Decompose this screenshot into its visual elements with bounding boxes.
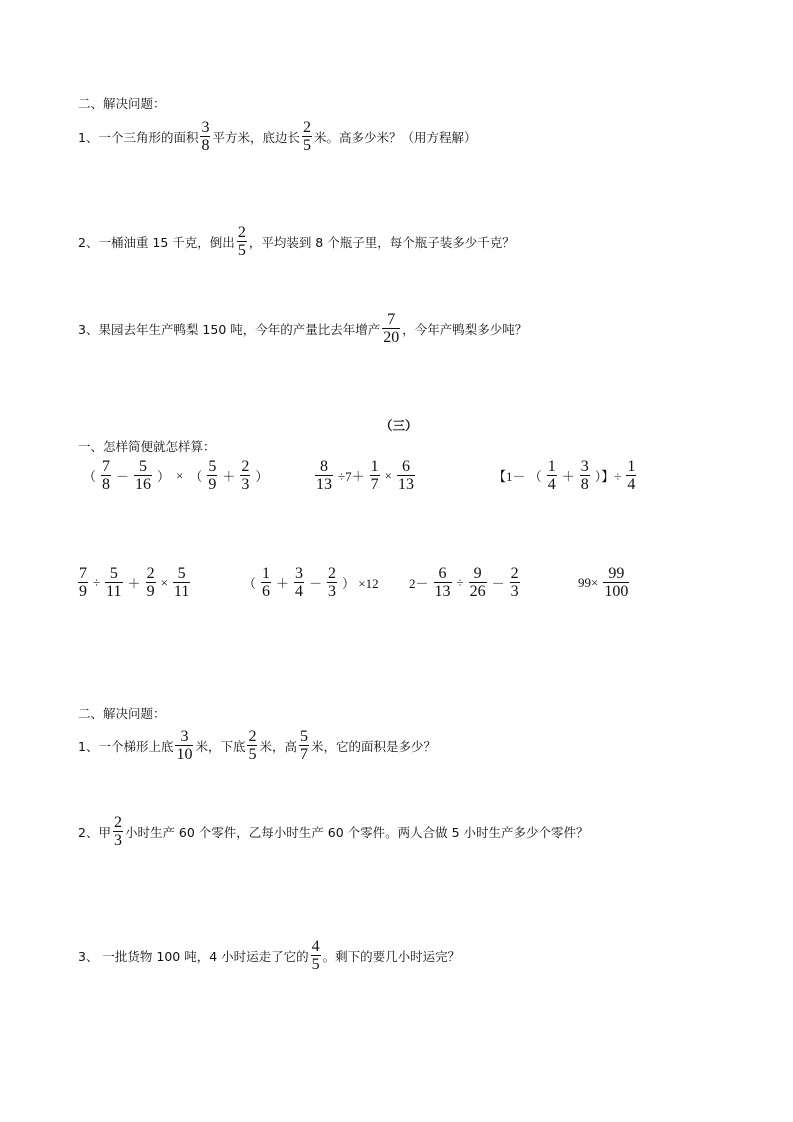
- problem-text: 平方米，底边长: [212, 128, 300, 146]
- section-heading: 一、怎样简便就怎样算：: [78, 437, 216, 455]
- numerator: 2: [327, 565, 337, 582]
- problem-text: ，平均装到 8 个瓶子里，每个瓶子装多少千克？: [249, 233, 515, 251]
- numerator: 4: [311, 938, 321, 955]
- numerator: 3: [294, 565, 304, 582]
- paren: （: [83, 466, 96, 485]
- problem-text: 小时生产 60 个零件，乙每小时生产 60 个零件。两人合做 5 小时生产多少个…: [125, 823, 589, 841]
- fraction: 720: [382, 311, 400, 346]
- denominator: 7: [299, 745, 309, 763]
- section-heading: 二、解决问题：: [78, 704, 166, 722]
- denominator: 16: [134, 475, 152, 493]
- fraction: 34: [294, 565, 304, 600]
- denominator: 13: [434, 582, 452, 600]
- numerator: 2: [247, 728, 257, 745]
- fraction: 59: [207, 458, 217, 493]
- denominator: 3: [327, 582, 337, 600]
- problem-text: 1、一个梯形上底: [78, 737, 173, 755]
- problem-2: 2、甲 23 小时生产 60 个零件，乙每小时生产 60 个零件。两人合做 5 …: [78, 814, 589, 849]
- fraction: 23: [510, 565, 520, 600]
- numerator: 3: [580, 458, 590, 475]
- problem-text: 米，它的面积是多少？: [311, 737, 436, 755]
- expression-2: 813 ÷7＋ 17 × 613: [313, 458, 417, 493]
- fraction: 25: [302, 119, 312, 154]
- problem-text: 1、一个三角形的面积: [78, 128, 198, 146]
- fraction: 29: [146, 565, 156, 600]
- numerator: 2: [240, 458, 250, 475]
- denominator: 9: [146, 582, 156, 600]
- numerator: 5: [109, 565, 119, 582]
- fraction: 23: [327, 565, 337, 600]
- operator: ×: [176, 468, 183, 484]
- problem-1: 1、一个梯形上底 310 米，下底 25 米，高 57 米，它的面积是多少？: [78, 728, 436, 763]
- fraction: 99100: [603, 565, 629, 600]
- denominator: 7: [370, 475, 380, 493]
- operator: －: [309, 573, 322, 592]
- denominator: 4: [626, 475, 636, 493]
- denominator: 13: [397, 475, 415, 493]
- fraction: 613: [397, 458, 415, 493]
- denominator: 13: [315, 475, 333, 493]
- paren: ）: [157, 466, 170, 485]
- numerator: 5: [299, 728, 309, 745]
- denominator: 4: [547, 475, 557, 493]
- problem-text: 3、果园去年生产鸭梨 150 吨，今年的产量比去年增产: [78, 320, 380, 338]
- problem-3: 3、果园去年生产鸭梨 150 吨，今年的产量比去年增产 720 ，今年产鸭梨多少…: [78, 311, 527, 346]
- numerator: 99: [607, 565, 625, 582]
- operator: －: [116, 466, 129, 485]
- fraction: 926: [469, 565, 487, 600]
- problem-text: 米。高多少米？（用方程解）: [314, 128, 477, 146]
- fraction: 17: [370, 458, 380, 493]
- denominator: 5: [311, 955, 321, 973]
- fraction: 511: [105, 565, 122, 600]
- numerator: 2: [510, 565, 520, 582]
- numerator: 1: [370, 458, 380, 475]
- operator: ） ×12: [342, 573, 379, 592]
- fraction: 38: [580, 458, 590, 493]
- expression-4: 79 ÷ 511 ＋ 29 × 511: [76, 565, 192, 600]
- operator: ＋: [222, 466, 235, 485]
- problem-text: 米，高: [259, 737, 297, 755]
- numerator: 5: [207, 458, 217, 475]
- problem-1: 1、一个三角形的面积 38 平方米，底边长 25 米。高多少米？（用方程解）: [78, 119, 477, 154]
- denominator: 5: [237, 241, 247, 259]
- fraction: 25: [247, 728, 257, 763]
- numerator: 1: [547, 458, 557, 475]
- problem-text: 。剩下的要几小时运完？: [323, 947, 461, 965]
- fraction: 14: [626, 458, 636, 493]
- expression-3: 【1－ （ 14 ＋ 38 ）】÷ 14: [490, 458, 638, 493]
- operator: ÷: [457, 575, 464, 591]
- denominator: 3: [510, 582, 520, 600]
- denominator: 9: [207, 475, 217, 493]
- operator: ＋: [276, 573, 289, 592]
- fraction: 79: [78, 565, 88, 600]
- fraction: 23: [240, 458, 250, 493]
- operator: ＋: [128, 573, 141, 592]
- problem-text: ，今年产鸭梨多少吨？: [402, 320, 527, 338]
- fraction: 78: [101, 458, 111, 493]
- fraction: 57: [299, 728, 309, 763]
- expression-6: 2－ 613 ÷ 926 － 23: [406, 565, 522, 600]
- numerator: 8: [319, 458, 329, 475]
- expression-5: （ 16 ＋ 34 － 23 ） ×12: [240, 565, 382, 600]
- paren: （: [189, 466, 202, 485]
- problem-text: 米，下底: [195, 737, 245, 755]
- fraction: 14: [547, 458, 557, 493]
- numerator: 3: [179, 728, 189, 745]
- denominator: 26: [469, 582, 487, 600]
- operator: 2－: [409, 573, 429, 592]
- fraction: 16: [261, 565, 271, 600]
- denominator: 5: [302, 136, 312, 154]
- denominator: 3: [240, 475, 250, 493]
- numerator: 6: [401, 458, 411, 475]
- operator: 99×: [578, 575, 598, 591]
- numerator: 1: [626, 458, 636, 475]
- operator: ×: [161, 575, 168, 591]
- part-title: （三）: [380, 416, 418, 434]
- denominator: 11: [173, 582, 190, 600]
- operator: ＋: [562, 466, 575, 485]
- problem-3: 3、 一批货物 100 吨，4 小时运走了它的 45 。剩下的要几小时运完？: [78, 938, 460, 973]
- denominator: 20: [382, 328, 400, 346]
- section-heading: 二、解决问题：: [78, 94, 166, 112]
- fraction: 23: [113, 814, 123, 849]
- fraction: 511: [173, 565, 190, 600]
- denominator: 9: [78, 582, 88, 600]
- denominator: 8: [101, 475, 111, 493]
- expression-1: （ 78 － 516 ） × （ 59 ＋ 23 ）: [80, 458, 271, 493]
- denominator: 6: [261, 582, 271, 600]
- numerator: 2: [302, 119, 312, 136]
- denominator: 11: [105, 582, 122, 600]
- paren: （: [243, 573, 256, 592]
- numerator: 5: [177, 565, 187, 582]
- problem-text: 2、一桶油重 15 千克，倒出: [78, 233, 235, 251]
- fraction: 25: [237, 224, 247, 259]
- numerator: 9: [473, 565, 483, 582]
- operator: ）】÷: [595, 466, 622, 485]
- fraction: 38: [200, 119, 210, 154]
- numerator: 1: [261, 565, 271, 582]
- numerator: 2: [146, 565, 156, 582]
- denominator: 8: [580, 475, 590, 493]
- operator: ÷: [93, 575, 100, 591]
- numerator: 5: [138, 458, 148, 475]
- problem-text: 2、甲: [78, 823, 111, 841]
- fraction: 813: [315, 458, 333, 493]
- fraction: 516: [134, 458, 152, 493]
- paren: ）: [255, 466, 268, 485]
- fraction: 45: [311, 938, 321, 973]
- expression-7: 99× 99100: [575, 565, 631, 600]
- denominator: 100: [603, 582, 629, 600]
- numerator: 2: [237, 224, 247, 241]
- problem-2: 2、一桶油重 15 千克，倒出 25 ，平均装到 8 个瓶子里，每个瓶子装多少千…: [78, 224, 515, 259]
- numerator: 3: [200, 119, 210, 136]
- fraction: 310: [175, 728, 193, 763]
- fraction: 613: [434, 565, 452, 600]
- operator: 【1－ （: [493, 466, 542, 485]
- denominator: 3: [113, 831, 123, 849]
- denominator: 10: [175, 745, 193, 763]
- denominator: 4: [294, 582, 304, 600]
- numerator: 6: [438, 565, 448, 582]
- operator: －: [492, 573, 505, 592]
- denominator: 5: [247, 745, 257, 763]
- numerator: 7: [386, 311, 396, 328]
- numerator: 2: [113, 814, 123, 831]
- denominator: 8: [200, 136, 210, 154]
- problem-text: 3、 一批货物 100 吨，4 小时运走了它的: [78, 947, 309, 965]
- operator: ÷7＋: [338, 466, 365, 485]
- numerator: 7: [78, 565, 88, 582]
- operator: ×: [385, 468, 392, 484]
- numerator: 7: [101, 458, 111, 475]
